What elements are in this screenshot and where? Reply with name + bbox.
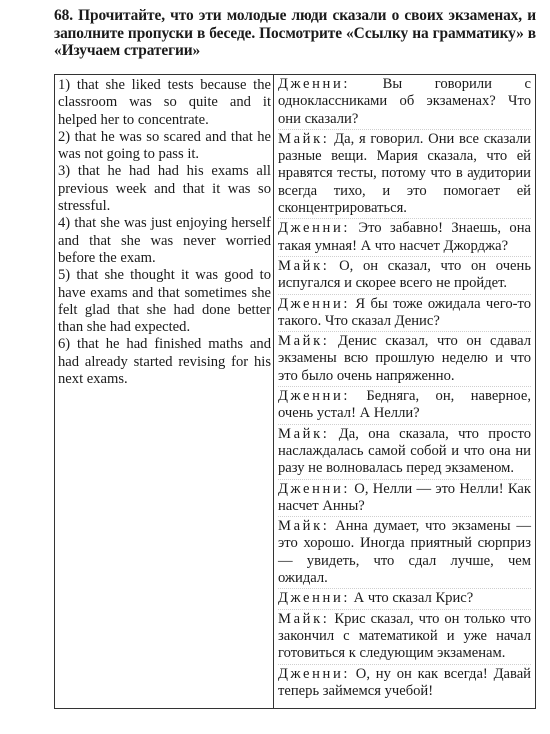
speaker-label: Майк: — [278, 258, 329, 274]
dialogue-turn: Дженни: О, ну он как всегда! Давай тепер… — [278, 666, 531, 702]
turn-text: А что сказал Крис? — [350, 590, 473, 606]
speaker-label: Дженни: — [278, 481, 350, 497]
answer-options-column: 1) that she liked tests because the clas… — [55, 75, 274, 708]
dialogue-turn: Дженни: Бедняга, он, наверное, очень уст… — [278, 388, 531, 425]
speaker-label: Дженни: — [278, 666, 350, 682]
speaker-label: Дженни: — [278, 76, 350, 92]
speaker-label: Майк: — [278, 611, 329, 627]
dialogue-turn: Майк: Крис сказал, что он только что зак… — [278, 611, 531, 665]
dialogue-turn: Дженни: О, Нелли — это Нелли! Как насчет… — [278, 481, 531, 518]
speaker-label: Майк: — [278, 333, 329, 349]
dialogue-turn: Майк: О, он сказал, что он очень испугал… — [278, 258, 531, 295]
dialogue-turn: Дженни: А что сказал Крис? — [278, 590, 531, 609]
speaker-label: Дженни: — [278, 590, 350, 606]
dialogue-turn: Дженни: Вы говорили с одноклассниками об… — [278, 76, 531, 130]
speaker-label: Майк: — [278, 131, 329, 147]
dialogue-turn: Майк: Да, она сказала, что просто наслаж… — [278, 426, 531, 480]
speaker-label: Майк: — [278, 426, 329, 442]
speaker-label: Дженни: — [278, 220, 350, 236]
dialogue-turn: Майк: Анна думает, что экзамены — это хо… — [278, 518, 531, 589]
dialogue-turn: Дженни: Это забавно! Знаешь, она такая у… — [278, 220, 531, 257]
speaker-label: Дженни: — [278, 388, 350, 404]
exercise-table: 1) that she liked tests because the clas… — [54, 74, 536, 709]
speaker-label: Дженни: — [278, 296, 350, 312]
option-6: 6) that he had finished maths and had al… — [58, 336, 271, 388]
dialogue-turn: Майк: Да, я говорил. Они все сказали раз… — [278, 131, 531, 219]
dialogue-turn: Майк: Денис сказал, что он сдавал экзаме… — [278, 333, 531, 387]
exercise-instruction: 68. Прочитайте, что эти молодые люди ска… — [54, 7, 536, 60]
option-3: 3) that he had had his exams all previou… — [58, 163, 271, 215]
dialogue-turn: Дженни: Я бы тоже ожидала чего-то такого… — [278, 296, 531, 333]
option-4: 4) that she was just enjoying herself an… — [58, 215, 271, 267]
option-2: 2) that he was so scared and that he was… — [58, 129, 271, 164]
dialogue-column: Дженни: Вы говорили с одноклассниками об… — [274, 75, 535, 708]
option-1: 1) that she liked tests because the clas… — [58, 77, 271, 129]
option-5: 5) that she thought it was good to have … — [58, 267, 271, 336]
speaker-label: Майк: — [278, 518, 329, 534]
